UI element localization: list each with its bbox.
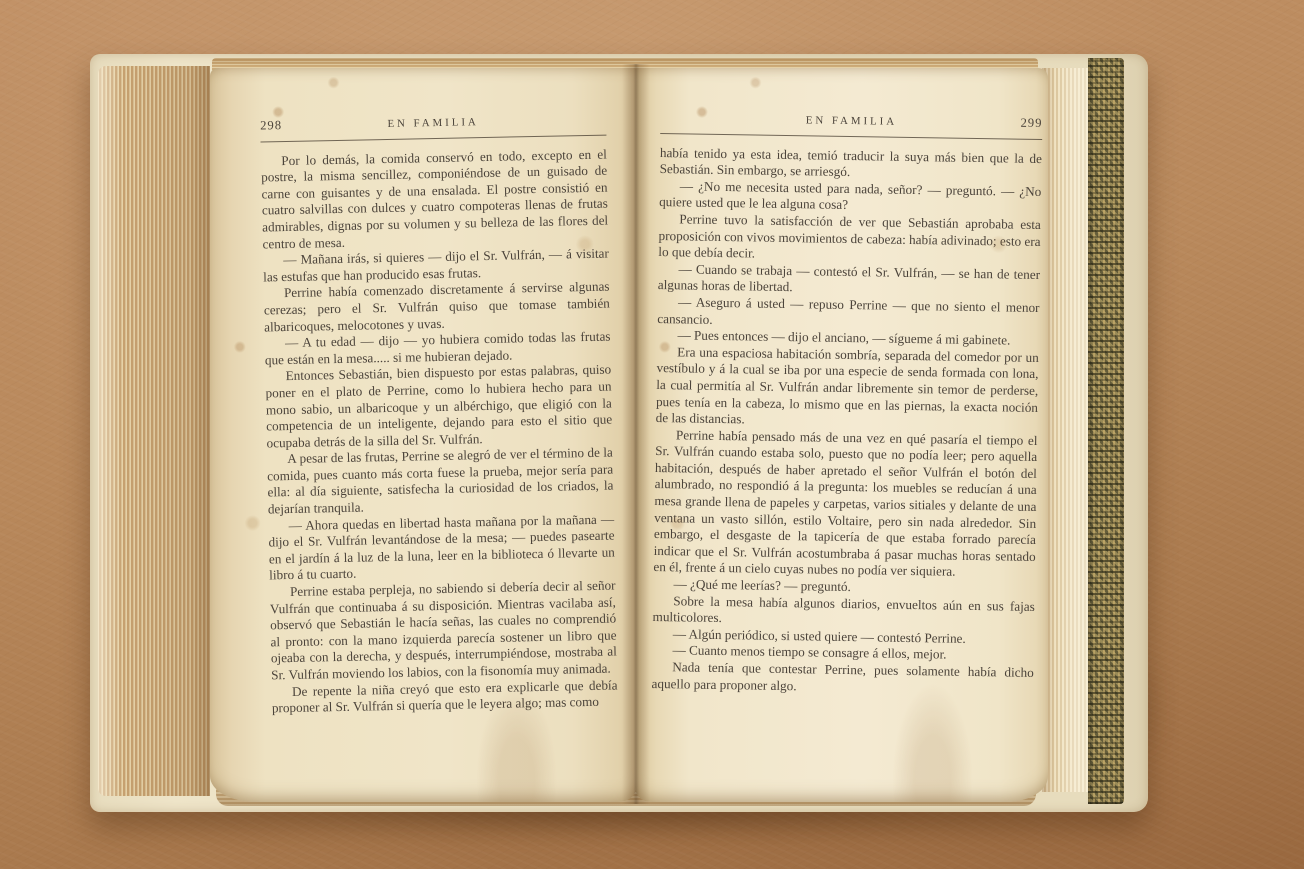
left-running-head: 298 EN FAMILIA [260,111,606,143]
paragraph: Perrine había comenzado discretamente á … [263,279,610,336]
paragraph: Perrine tuvo la satisfacción de ver que … [658,211,1041,267]
left-page-edges [98,66,210,796]
right-page-text: EN FAMILIA 299 había tenido ya esta idea… [651,109,1042,698]
photo-background: 298 EN FAMILIA Por lo demás, la comida c… [0,0,1304,869]
left-page-text: 298 EN FAMILIA Por lo demás, la comida c… [260,111,618,718]
left-page: 298 EN FAMILIA Por lo demás, la comida c… [210,68,636,802]
paragraph: De repente la niña creyó que esto era ex… [271,677,618,717]
right-page-edges [1042,68,1090,792]
paragraph: Era una espaciosa habitación sombría, se… [656,344,1039,433]
open-book: 298 EN FAMILIA Por lo demás, la comida c… [90,54,1148,812]
cover-pattern-strip [1088,58,1124,804]
paragraph: Perrine había pensado más de una vez en … [653,427,1037,582]
right-page: EN FAMILIA 299 había tenido ya esta idea… [636,68,1048,802]
paragraph: A pesar de las frutas, Perrine se alegró… [267,445,614,518]
paragraph: Por lo demás, la comida conservó en todo… [261,146,609,252]
left-page-number: 298 [260,117,282,134]
paragraph: — Ahora quedas en libertad hasta mañana … [268,511,615,584]
paragraph: Nada tenía que contestar Perrine, pues s… [651,659,1033,698]
paragraph: Perrine estaba perpleja, no sabiendo si … [269,578,617,684]
right-running-head: EN FAMILIA 299 [660,109,1042,140]
right-running-title: EN FAMILIA [806,112,898,130]
left-running-title: EN FAMILIA [387,114,479,132]
paragraph: Entonces Sebastián, bien dispuesto por e… [265,362,613,452]
right-page-number: 299 [1020,115,1042,132]
